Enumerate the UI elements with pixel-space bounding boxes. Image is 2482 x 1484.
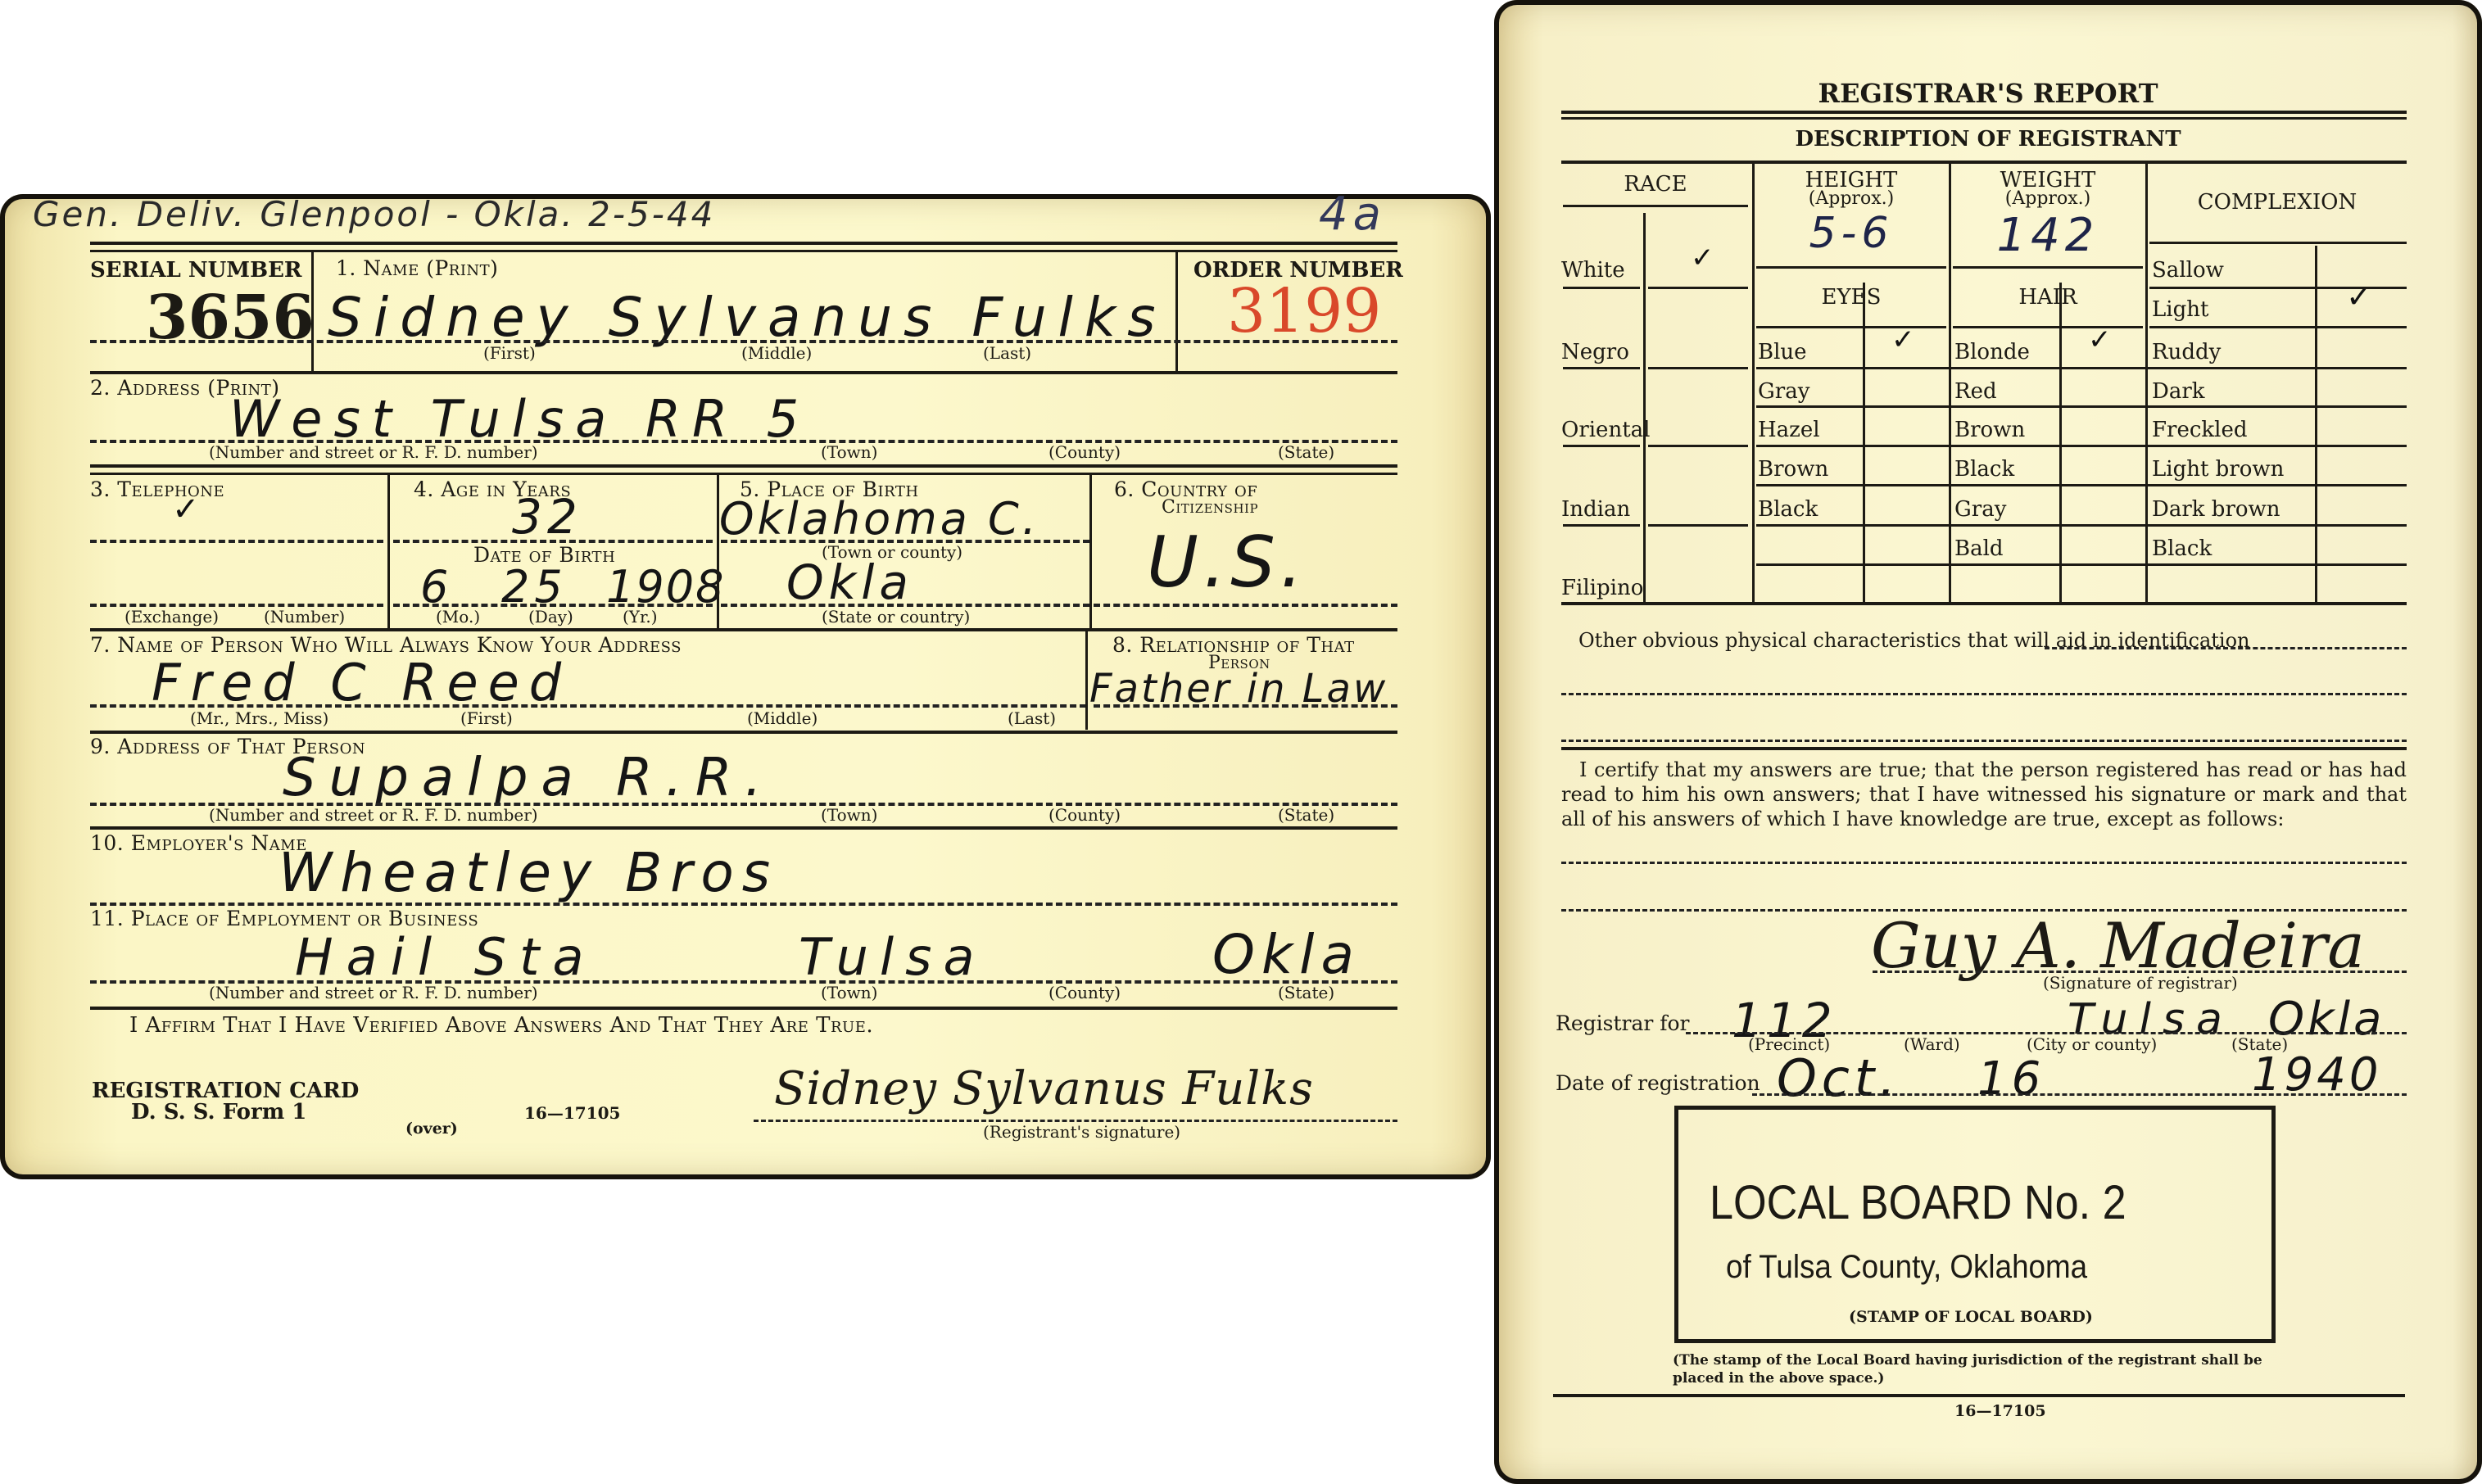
contact-address-caption-town: (Town) — [821, 805, 877, 825]
corner-mark: 4a — [1319, 188, 1386, 241]
height-value: 5-6 — [1755, 209, 1948, 258]
name-caption-middle: (Middle) — [741, 343, 812, 363]
employment-state: Okla — [1212, 923, 1361, 986]
complexion-option-dark: Dark — [2152, 379, 2205, 404]
hair-option-black: Black — [1954, 457, 2014, 482]
serial-number-label: SERIAL NUMBER — [90, 258, 302, 283]
over-note: (over) — [405, 1120, 458, 1138]
complexion-option-ruddy: Ruddy — [2152, 340, 2221, 364]
registration-date-label: Date of registration — [1556, 1071, 1760, 1095]
contact-caption-first: (First) — [460, 708, 513, 728]
race-header: RACE — [1561, 172, 1750, 197]
registration-day: 16 — [1977, 1052, 2045, 1106]
employment-street: Hail Sta — [295, 927, 596, 987]
stamp-caption: (STAMP OF LOCAL BOARD) — [1849, 1308, 2093, 1326]
dob-caption-month: (Mo.) — [436, 607, 480, 627]
race-option-negro: Negro — [1561, 340, 1629, 364]
complexion-option-black: Black — [2152, 536, 2212, 561]
print-code-back: 16—17105 — [1954, 1402, 2046, 1420]
complexion-light-check-icon: ✓ — [2346, 278, 2372, 314]
print-code-front: 16—17105 — [524, 1103, 620, 1123]
eyes-option-hazel: Hazel — [1758, 418, 1820, 442]
address-caption-street: (Number and street or R. F. D. number) — [209, 442, 538, 462]
telephone-caption-exchange: (Exchange) — [125, 607, 219, 627]
address-caption-state: (State) — [1278, 442, 1334, 462]
name-caption-first: (First) — [483, 343, 536, 363]
race-option-indian: Indian — [1561, 497, 1630, 522]
hair-option-gray: Gray — [1954, 497, 2006, 522]
contact-address-caption-county: (County) — [1049, 805, 1121, 825]
contact-address-caption-state: (State) — [1278, 805, 1334, 825]
race-white-check-icon: ✓ — [1691, 242, 1714, 274]
citizenship-value: U.S. — [1147, 522, 1307, 604]
registrar-caption-ward: (Ward) — [1904, 1034, 1960, 1054]
employer-label: 10. Employer's Name — [90, 831, 307, 855]
eyes-header: EYES — [1755, 285, 1948, 310]
hair-option-brown: Brown — [1954, 418, 2025, 442]
dob-caption-year: (Yr.) — [623, 607, 658, 627]
registration-card-front: Gen. Deliv. Glenpool - Okla. 2-5-44 4a S… — [0, 194, 1491, 1179]
birth-state: Okla — [786, 554, 913, 610]
eyes-option-gray: Gray — [1758, 379, 1809, 404]
name-label: 1. Name (Print) — [336, 256, 498, 280]
signature-caption: (Registrant's signature) — [983, 1122, 1180, 1142]
eyes-option-blue: Blue — [1758, 340, 1807, 364]
hair-option-bald: Bald — [1954, 536, 2004, 561]
certification-text: I certify that my answers are true; that… — [1561, 758, 2407, 831]
complexion-option-sallow: Sallow — [2152, 258, 2224, 283]
contact-address-value: Supalpa R.R. — [283, 748, 775, 808]
complexion-option-freckled: Freckled — [2152, 418, 2248, 442]
affirmation-text: I Affirm That I Have Verified Above Answ… — [129, 1013, 873, 1038]
eyes-option-black: Black — [1758, 497, 1818, 522]
address-caption-town: (Town) — [821, 442, 877, 462]
race-option-filipino: Filipino — [1561, 576, 1643, 600]
telephone-label: 3. Telephone — [90, 477, 224, 501]
stamp-line-2: of Tulsa County, Oklahoma — [1726, 1249, 2087, 1286]
report-title: REGISTRAR'S REPORT — [1494, 78, 2482, 109]
contact-caption-title: (Mr., Mrs., Miss) — [190, 708, 328, 728]
birth-state-caption: (State or country) — [822, 607, 970, 627]
employment-caption-street: (Number and street or R. F. D. number) — [209, 983, 538, 1002]
height-sub: (Approx.) — [1755, 188, 1948, 209]
telephone-caption-number: (Number) — [264, 607, 345, 627]
eyes-option-brown: Brown — [1758, 457, 1828, 482]
stamp-line-1: LOCAL BOARD No. 2 — [1710, 1175, 2126, 1230]
weight-value: 142 — [1951, 209, 2145, 262]
complexion-option-light: Light — [2152, 297, 2208, 322]
registration-month: Oct. — [1777, 1048, 1900, 1108]
contact-caption-middle: (Middle) — [747, 708, 818, 728]
order-number-value: 3199 — [1227, 276, 1381, 346]
local-board-stamp-box: LOCAL BOARD No. 2 of Tulsa County, Oklah… — [1674, 1106, 2276, 1343]
registration-card-back: REGISTRAR'S REPORT DESCRIPTION OF REGIST… — [1494, 0, 2482, 1484]
race-option-white: White — [1561, 258, 1625, 283]
form-number: D. S. S. Form 1 — [131, 1100, 306, 1124]
employment-caption-county: (County) — [1049, 983, 1121, 1002]
registrant-signature: Sidney Sylvanus Fulks — [774, 1062, 1314, 1115]
contact-address-caption-street: (Number and street or R. F. D. number) — [209, 805, 538, 825]
hair-option-blonde: Blonde — [1954, 340, 2030, 364]
description-subtitle: DESCRIPTION OF REGISTRANT — [1494, 127, 2482, 152]
hair-blonde-check-icon: ✓ — [2088, 323, 2112, 356]
telephone-check-icon: ✓ — [172, 491, 200, 528]
weight-sub: (Approx.) — [1951, 188, 2145, 209]
employer-value: Wheatley Bros — [279, 841, 778, 904]
race-option-oriental: Oriental — [1561, 418, 1650, 442]
registrar-signature-caption: (Signature of registrar) — [2043, 973, 2238, 993]
registrar-for-label: Registrar for — [1556, 1011, 1690, 1035]
complexion-header: COMPLEXION — [2148, 190, 2407, 215]
complexion-option-dark-brown: Dark brown — [2152, 497, 2280, 522]
handwritten-annotation: Gen. Deliv. Glenpool - Okla. 2-5-44 — [33, 194, 715, 234]
registrar-caption-city: (City or county) — [2027, 1034, 2157, 1054]
employment-town: Tulsa — [799, 927, 985, 987]
eyes-blue-check-icon: ✓ — [1891, 323, 1915, 356]
employment-caption-state: (State) — [1278, 983, 1334, 1002]
contact-caption-last: (Last) — [1008, 708, 1056, 728]
stamp-note: (The stamp of the Local Board having jur… — [1673, 1351, 2279, 1387]
citizenship-label-2: Citizenship — [1162, 497, 1258, 518]
complexion-option-light-brown: Light brown — [2152, 457, 2284, 482]
address-caption-county: (County) — [1049, 442, 1121, 462]
employment-caption-town: (Town) — [821, 983, 877, 1002]
birth-town: Oklahoma C. — [719, 493, 1039, 545]
hair-option-red: Red — [1954, 379, 1997, 404]
hair-header: HAIR — [1951, 285, 2145, 310]
dob-caption-day: (Day) — [528, 607, 573, 627]
name-caption-last: (Last) — [983, 343, 1031, 363]
age-value: 32 — [512, 489, 582, 545]
